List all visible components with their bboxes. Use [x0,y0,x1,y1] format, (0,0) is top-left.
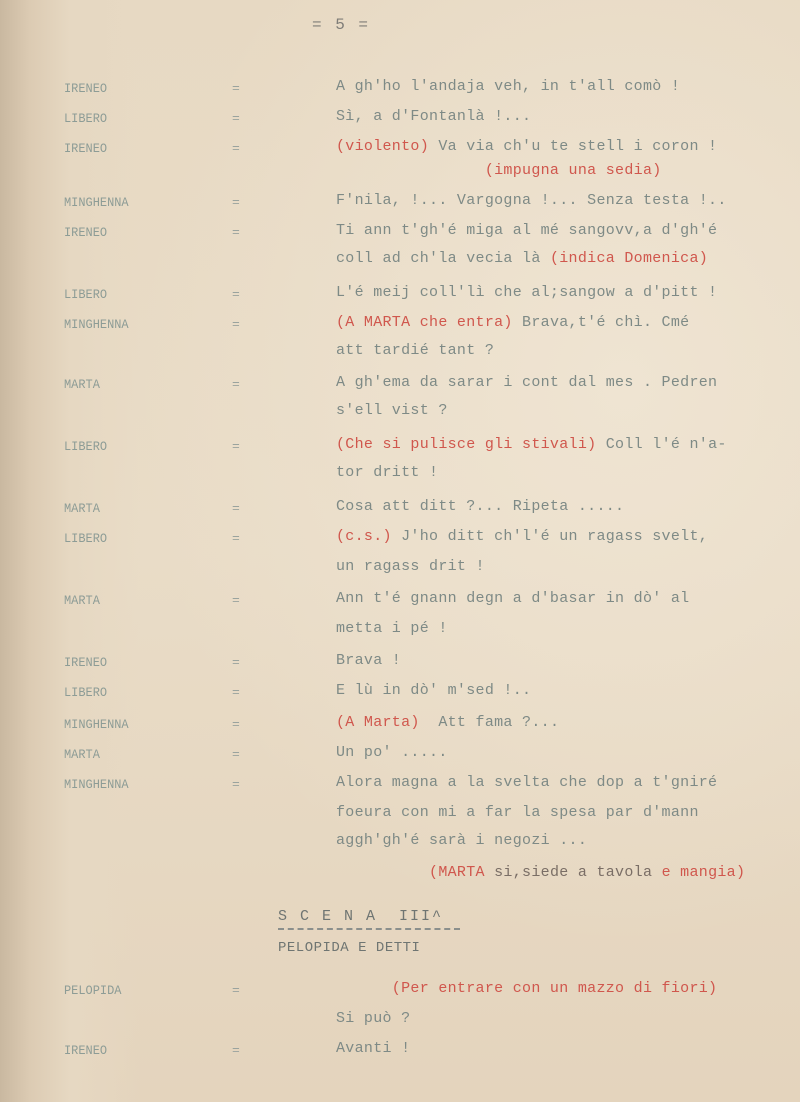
stage-direction: e mangia) [662,864,746,881]
dialogue-row: LIBERO=(Che si pulisce gli stivali) Coll… [0,436,800,466]
separator: = [232,717,240,732]
speaker-name: IRENEO [64,225,107,240]
stage-direction: (Che si pulisce gli stivali) [336,436,596,453]
dialogue-line: aggh'gh'é sarà i negozi ... [336,832,587,849]
stage-direction: (A MARTA che entra) [336,314,513,331]
spoken-text: Va via ch'u te stell i coron ! [429,138,717,155]
dialogue-row: LIBERO=Sì, a d'Fontanlà !... [0,108,800,138]
speaker-name: LIBERO [64,531,107,546]
spoken-text: s'ell vist ? [336,402,448,419]
spoken-text: Sì, a d'Fontanlà !... [336,108,531,125]
spoken-text: Si può ? [336,1010,410,1027]
dialogue-row: s'ell vist ? [0,402,800,432]
separator: = [232,81,240,96]
separator: = [232,655,240,670]
separator: = [232,111,240,126]
separator: = [232,531,240,546]
dialogue-row: MINGHENNA=Alora magna a la svelta che do… [0,774,800,804]
dialogue-row: MARTA=Ann t'é gnann degn a d'basar in dò… [0,590,800,620]
dialogue-row: IRENEO=A gh'ho l'andaja veh, in t'all co… [0,78,800,108]
separator: = [232,317,240,332]
dialogue-line: Sì, a d'Fontanlà !... [336,108,531,125]
spoken-text: Ann t'é gnann degn a d'basar in dò' al [336,590,689,607]
dialogue-line: (impugna una sedia) [336,162,662,179]
dialogue-line: L'é meij coll'lì che al;sangow a d'pitt … [336,284,717,301]
spoken-text: F'nila, !... Vargogna !... Senza testa !… [336,192,727,209]
spoken-text: Cosa att ditt ?... Ripeta ..... [336,498,624,515]
separator: = [232,593,240,608]
dialogue-line: (violento) Va via ch'u te stell i coron … [336,138,717,155]
speaker-name: LIBERO [64,111,107,126]
dialogue-line: Cosa att ditt ?... Ripeta ..... [336,498,624,515]
dialogue-line: (c.s.) J'ho ditt ch'l'é un ragass svelt, [336,528,708,545]
spoken-text: tor dritt ! [336,464,438,481]
speaker-name: MARTA [64,501,100,516]
dialogue-row: MINGHENNA=F'nila, !... Vargogna !... Sen… [0,192,800,222]
separator: = [232,287,240,302]
dialogue-row: MARTA=Un po' ..... [0,744,800,774]
stage-direction: (MARTA [336,864,485,881]
dialogue-row: LIBERO=E lù in dò' m'sed !.. [0,682,800,712]
spoken-text: att tardié tant ? [336,342,494,359]
dialogue-line: coll ad ch'la vecia là (indica Domenica) [336,250,708,267]
speaker-name: MINGHENNA [64,717,129,732]
stage-direction: (violento) [336,138,429,155]
dialogue-row: MINGHENNA=(A Marta) Att fama ?... [0,714,800,744]
speaker-name: MINGHENNA [64,195,129,210]
dialogue-row: MARTA=Cosa att ditt ?... Ripeta ..... [0,498,800,528]
dialogue-row: (impugna una sedia) [0,162,800,192]
spoken-text: J'ho ditt ch'l'é un ragass svelt, [392,528,708,545]
dialogue-line: (MARTA si,siede a tavola e mangia) [336,864,745,881]
speaker-name: PELOPIDA [64,983,121,998]
spoken-text: Ti ann t'gh'é miga al mé sangovv,a d'gh'… [336,222,717,239]
speaker-name: IRENEO [64,1043,107,1058]
spoken-text: metta i pé ! [336,620,448,637]
spoken-text: coll ad ch'la vecia là [336,250,550,267]
spoken-text: Avanti ! [336,1040,410,1057]
speaker-name: MARTA [64,747,100,762]
dialogue-row: (MARTA si,siede a tavola e mangia) [0,864,800,894]
dialogue-line: Alora magna a la svelta che dop a t'gnir… [336,774,717,791]
page-number: = 5 = [312,16,370,34]
stage-direction: (c.s.) [336,528,392,545]
speaker-name: IRENEO [64,141,107,156]
dialogue-row: aggh'gh'é sarà i negozi ... [0,832,800,862]
dialogue-row: IRENEO=Brava ! [0,652,800,682]
spoken-text: aggh'gh'é sarà i negozi ... [336,832,587,849]
stage-direction: (A Marta) [336,714,420,731]
dialogue-row: LIBERO=L'é meij coll'lì che al;sangow a … [0,284,800,314]
dialogue-line: (Per entrare con un mazzo di fiori) [336,980,717,997]
speaker-name: IRENEO [64,81,107,96]
dialogue-line: Brava ! [336,652,401,669]
spoken-text: A gh'ema da sarar i cont dal mes . Pedre… [336,374,717,391]
speaker-name: LIBERO [64,685,107,700]
speaker-name: MINGHENNA [64,777,129,792]
speaker-name: LIBERO [64,439,107,454]
spoken-text: Brava ! [336,652,401,669]
dialogue-line: (A MARTA che entra) Brava,t'é chì. Cmé [336,314,689,331]
dialogue-line: Si può ? [336,1010,410,1027]
spoken-text: E lù in dò' m'sed !.. [336,682,531,699]
speaker-name: MARTA [64,593,100,608]
stage-direction: (indica Domenica) [550,250,708,267]
dialogue-row: metta i pé ! [0,620,800,650]
dialogue-line: Avanti ! [336,1040,410,1057]
separator: = [232,439,240,454]
dialogue-line: un ragass drit ! [336,558,485,575]
dialogue-row: coll ad ch'la vecia là (indica Domenica) [0,250,800,280]
dialogue-line: Un po' ..... [336,744,448,761]
separator: = [232,747,240,762]
dialogue-line: foeura con mi a far la spesa par d'mann [336,804,699,821]
speaker-name: IRENEO [64,655,107,670]
separator: = [232,983,240,998]
speaker-name: MINGHENNA [64,317,129,332]
typewritten-script-page: = 5 = IRENEO=A gh'ho l'andaja veh, in t'… [0,0,800,1102]
spoken-text: un ragass drit ! [336,558,485,575]
dialogue-row: Si può ? [0,1010,800,1040]
dialogue-row: att tardié tant ? [0,342,800,372]
spoken-text: A gh'ho l'andaja veh, in t'all comò ! [336,78,680,95]
dialogue-line: s'ell vist ? [336,402,448,419]
separator: = [232,1043,240,1058]
dialogue-row: LIBERO=(c.s.) J'ho ditt ch'l'é un ragass… [0,528,800,558]
dialogue-line: A gh'ema da sarar i cont dal mes . Pedre… [336,374,717,391]
separator: = [232,501,240,516]
dialogue-line: F'nila, !... Vargogna !... Senza testa !… [336,192,727,209]
dialogue-line: tor dritt ! [336,464,438,481]
spoken-text: L'é meij coll'lì che al;sangow a d'pitt … [336,284,717,301]
spoken-text: Un po' ..... [336,744,448,761]
dialogue-row: tor dritt ! [0,464,800,494]
separator: = [232,225,240,240]
spoken-text: Alora magna a la svelta che dop a t'gnir… [336,774,717,791]
dialogue-line: E lù in dò' m'sed !.. [336,682,531,699]
stage-direction: (impugna una sedia) [336,162,662,179]
dialogue-line: metta i pé ! [336,620,448,637]
dialogue-row: MARTA=A gh'ema da sarar i cont dal mes .… [0,374,800,404]
dialogue-row: foeura con mi a far la spesa par d'mann [0,804,800,834]
dialogue-line: att tardié tant ? [336,342,494,359]
scene-characters: PELOPIDA E DETTI [278,940,420,956]
dialogue-line: Ti ann t'gh'é miga al mé sangovv,a d'gh'… [336,222,717,239]
dialogue-row: IRENEO=Avanti ! [0,1040,800,1070]
spoken-text: Brava,t'é chì. Cmé [513,314,690,331]
separator: = [232,377,240,392]
dialogue-line: Ann t'é gnann degn a d'basar in dò' al [336,590,689,607]
spoken-text: Att fama ?... [420,714,560,731]
dialogue-row: PELOPIDA= (Per entrare con un mazzo di f… [0,980,800,1010]
separator: = [232,141,240,156]
separator: = [232,685,240,700]
dialogue-row: un ragass drit ! [0,558,800,588]
dialogue-line: (A Marta) Att fama ?... [336,714,559,731]
scene-title: S C E N A III^ [278,908,443,925]
spoken-text: foeura con mi a far la spesa par d'mann [336,804,699,821]
spoken-text: si,siede a tavola [485,864,662,881]
dialogue-line: A gh'ho l'andaja veh, in t'all comò ! [336,78,680,95]
speaker-name: MARTA [64,377,100,392]
spoken-text: Coll l'é n'a- [596,436,726,453]
dialogue-line: (Che si pulisce gli stivali) Coll l'é n'… [336,436,727,453]
dialogue-row: IRENEO=Ti ann t'gh'é miga al mé sangovv,… [0,222,800,252]
speaker-name: LIBERO [64,287,107,302]
scene-title-underline [278,928,460,930]
stage-direction: (Per entrare con un mazzo di fiori) [336,980,717,997]
separator: = [232,195,240,210]
separator: = [232,777,240,792]
dialogue-row: MINGHENNA=(A MARTA che entra) Brava,t'é … [0,314,800,344]
